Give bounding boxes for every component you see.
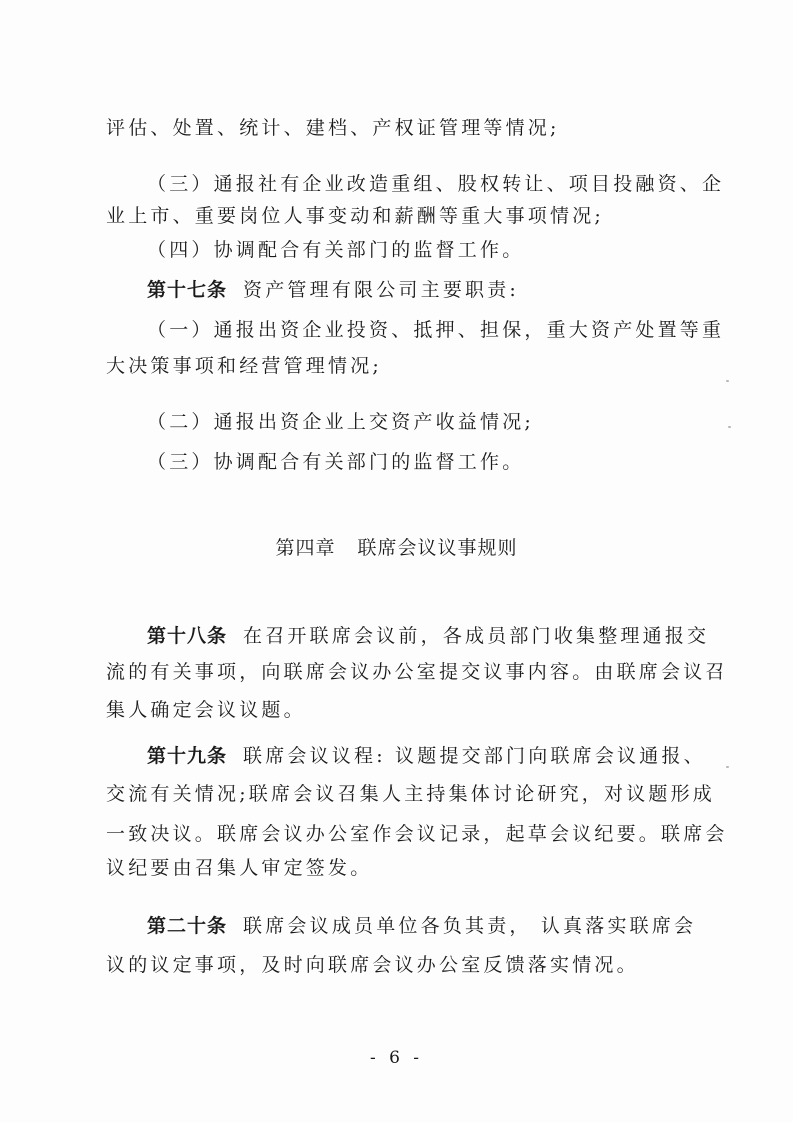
scan-speck bbox=[726, 766, 729, 768]
text-line: 评估、处置、统计、建档、产权证管理等情况; bbox=[106, 115, 560, 141]
text-line: 交流有关情况;联席会议召集人主持集体讨论研究，对议题形成 bbox=[106, 781, 715, 807]
page-number: - 6 - bbox=[0, 1048, 793, 1068]
text-line: （一）通报出资企业投资、抵押、担保，重大资产处置等重 bbox=[147, 317, 724, 343]
article-text: 资产管理有限公司主要职责: bbox=[243, 279, 519, 301]
article-text: 联席会议议程: 议题提交部门向联席会议通报、 bbox=[243, 745, 706, 767]
text-line: （三）通报社有企业改造重组、股权转让、项目投融资、企 bbox=[147, 171, 724, 197]
article-text: 联席会议成员单位各负其责， 认真落实联席会 bbox=[243, 915, 696, 937]
chapter-title: 联席会议议事规则 bbox=[358, 537, 518, 559]
text-line: 集人确定会议议题。 bbox=[106, 697, 306, 723]
article-17-heading: 第十七条资产管理有限公司主要职责: bbox=[147, 277, 519, 303]
article-19-heading: 第十九条联席会议议程: 议题提交部门向联席会议通报、 bbox=[147, 743, 706, 769]
text-line: 大决策事项和经营管理情况; bbox=[106, 353, 382, 379]
article-18-heading: 第十八条在召开联席会议前，各成员部门收集整理通报交 bbox=[147, 623, 709, 649]
article-text: 在召开联席会议前，各成员部门收集整理通报交 bbox=[243, 625, 709, 647]
chapter-number: 第四章 bbox=[275, 537, 335, 559]
document-page: 评估、处置、统计、建档、产权证管理等情况; （三）通报社有企业改造重组、股权转让… bbox=[0, 0, 793, 1122]
text-line: 业上市、重要岗位人事变动和薪酬等重大事项情况; bbox=[106, 203, 604, 229]
chapter-heading: 第四章联席会议议事规则 bbox=[0, 535, 793, 561]
text-line: （二）通报出资企业上交资产收益情况; bbox=[147, 409, 534, 435]
text-line: 一致决议。联席会议办公室作会议记录，起草会议纪要。联席会 bbox=[106, 821, 728, 847]
text-line: 议的议定事项，及时向联席会议办公室反馈落实情况。 bbox=[106, 952, 639, 978]
article-label: 第十七条 bbox=[147, 279, 227, 301]
article-label: 第二十条 bbox=[147, 915, 227, 937]
text-line: 流的有关事项，向联席会议办公室提交议事内容。由联席会议召 bbox=[106, 659, 728, 685]
text-line: （四）协调配合有关部门的监督工作。 bbox=[147, 237, 524, 263]
text-line: 议纪要由召集人审定签发。 bbox=[106, 855, 372, 881]
text-line: （三）协调配合有关部门的监督工作。 bbox=[147, 449, 524, 475]
article-20-heading: 第二十条联席会议成员单位各负其责， 认真落实联席会 bbox=[147, 913, 696, 939]
scan-speck bbox=[728, 426, 731, 428]
article-label: 第十八条 bbox=[147, 625, 227, 647]
article-label: 第十九条 bbox=[147, 745, 227, 767]
scan-speck bbox=[726, 380, 729, 382]
